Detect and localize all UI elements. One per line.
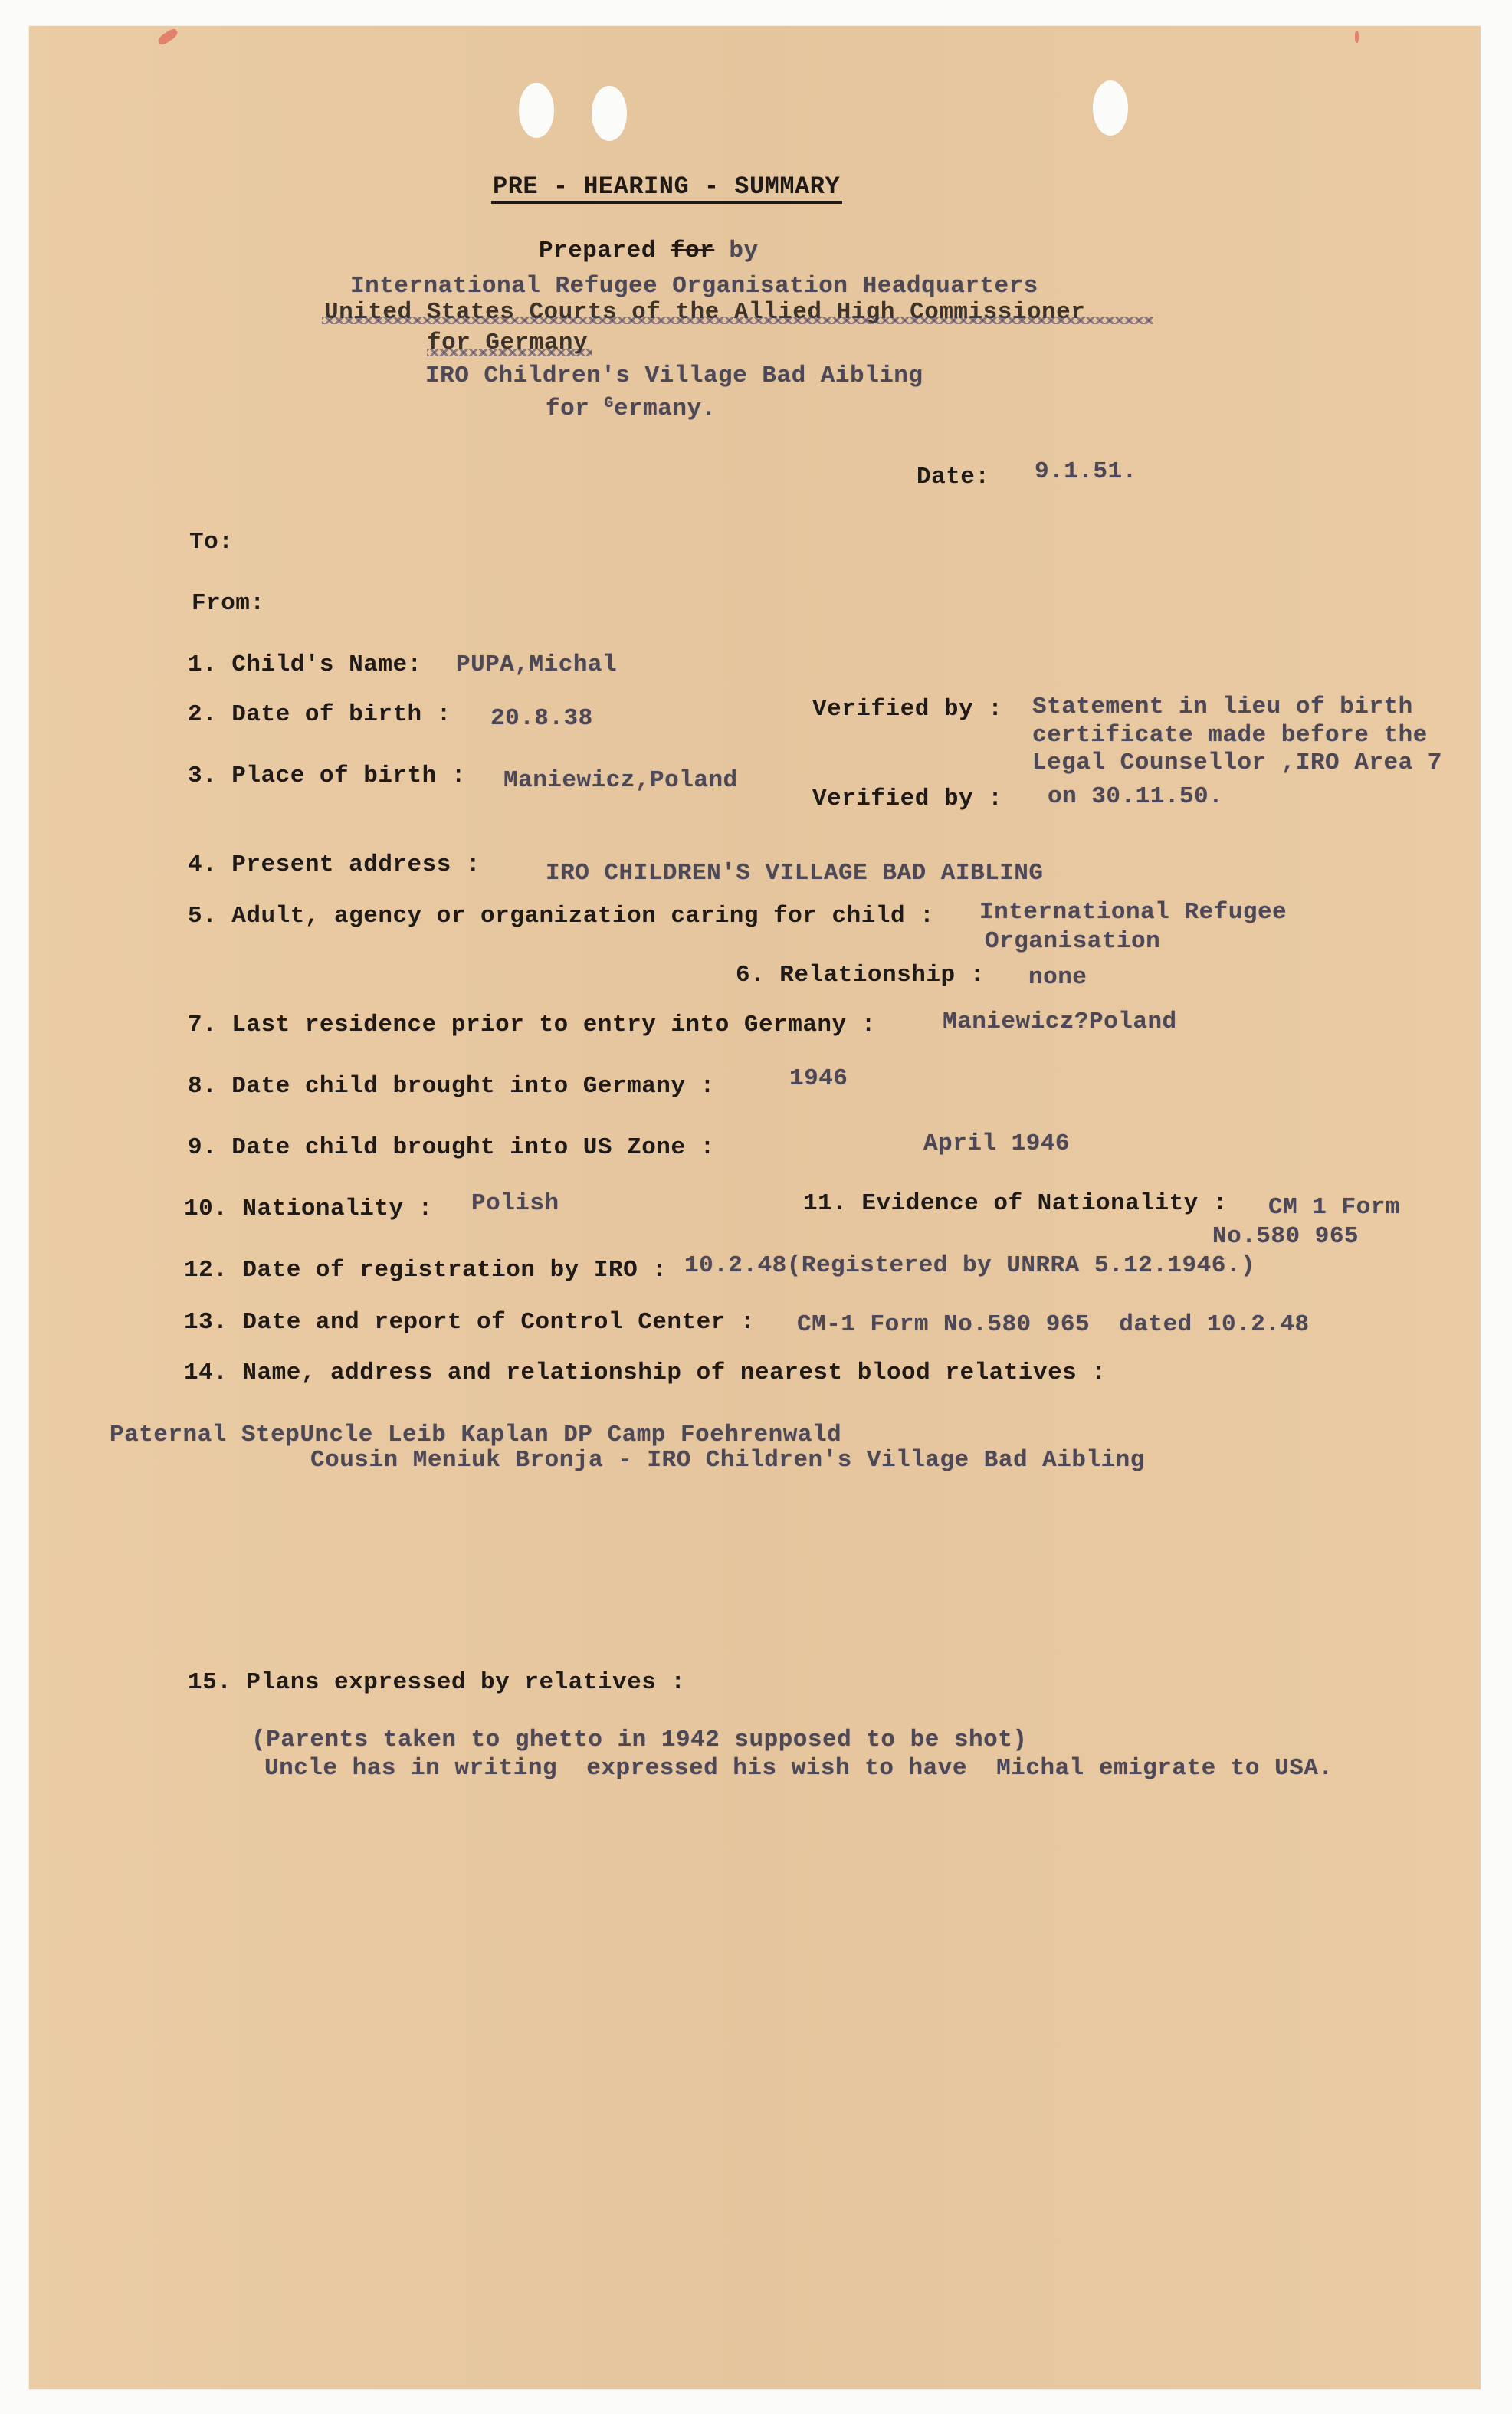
item-7-label: 7. Last residence prior to entry into Ge… xyxy=(188,1013,876,1037)
verification-line: certificate made before the xyxy=(1032,723,1428,747)
item-6-label: 6. Relationship : xyxy=(736,963,985,987)
item-12-label: 12. Date of registration by IRO : xyxy=(184,1258,667,1282)
verification-line: Statement in lieu of birth xyxy=(1032,695,1413,719)
date-into-germany-value: 1946 xyxy=(789,1067,848,1091)
org-line: International Refugee Organisation Headq… xyxy=(350,274,1038,298)
document-title: PRE - HEARING - SUMMARY xyxy=(493,175,840,199)
for-germany-line: for Germany. xyxy=(546,396,717,421)
date-value: 9.1.51. xyxy=(1035,460,1137,484)
item-3-label: 3. Place of birth : xyxy=(188,764,466,788)
prepared-by-line: Prepared for by xyxy=(539,239,759,263)
punch-hole xyxy=(592,86,627,141)
child-name-value: PUPA,Michal xyxy=(456,653,617,677)
nationality-evidence-value: CM 1 Form xyxy=(1268,1196,1400,1219)
date-into-us-zone-value: April 1946 xyxy=(923,1132,1070,1156)
from-label: From: xyxy=(192,592,265,615)
caring-org-value: Organisation xyxy=(985,930,1160,953)
place-of-birth-value: Maniewicz,Poland xyxy=(503,769,738,792)
plans-line: Uncle has in writing expressed his wish … xyxy=(264,1756,1333,1780)
nationality-value: Polish xyxy=(471,1192,559,1215)
registration-date-value: 10.2.48(Registered by UNRRA 5.12.1946.) xyxy=(684,1254,1255,1278)
prepared-for-struck: for xyxy=(671,238,714,264)
verification-line: Legal Counsellor ,IRO Area 7 xyxy=(1032,751,1442,775)
relationship-value: none xyxy=(1028,966,1087,989)
item-14-label: 14. Name, address and relationship of ne… xyxy=(184,1361,1107,1385)
punch-hole xyxy=(519,83,554,138)
nationality-evidence-value: No.580 965 xyxy=(1212,1225,1359,1248)
plans-line: (Parents taken to ghetto in 1942 suppose… xyxy=(251,1728,1027,1752)
item-11-label: 11. Evidence of Nationality : xyxy=(803,1192,1228,1215)
verified-by-label-2: Verified by : xyxy=(812,787,1002,811)
item-1-label: 1. Child's Name: xyxy=(188,653,422,677)
item-9-label: 9. Date child brought into US Zone : xyxy=(188,1136,715,1159)
title-underline xyxy=(491,201,842,204)
item-5-label: 5. Adult, agency or organization caring … xyxy=(188,904,934,928)
relative-line: Paternal StepUncle Leib Kaplan DP Camp F… xyxy=(110,1423,841,1447)
red-mark xyxy=(1355,31,1359,43)
punch-hole xyxy=(1093,80,1128,136)
item-4-label: 4. Present address : xyxy=(188,853,480,877)
date-label: Date: xyxy=(917,465,990,489)
item-8-label: 8. Date child brought into Germany : xyxy=(188,1074,715,1098)
present-address-value: IRO CHILDREN'S VILLAGE BAD AIBLING xyxy=(546,861,1044,885)
verification-line: on 30.11.50. xyxy=(1048,785,1223,808)
item-10-label: 10. Nationality : xyxy=(184,1197,433,1221)
village-line: IRO Children's Village Bad Aibling xyxy=(425,364,923,388)
strikeout-x xyxy=(427,349,592,356)
control-center-value: CM-1 Form No.580 965 dated 10.2.48 xyxy=(797,1313,1310,1337)
item-2-label: 2. Date of birth : xyxy=(188,703,451,726)
item-15-label: 15. Plans expressed by relatives : xyxy=(188,1671,686,1694)
strikeout-x xyxy=(322,317,1153,324)
verified-by-label-1: Verified by : xyxy=(812,697,1002,721)
caring-org-value: International Refugee xyxy=(979,900,1287,924)
to-label: To: xyxy=(189,530,233,554)
last-residence-value: Maniewicz?Poland xyxy=(943,1010,1177,1034)
relative-line: Cousin Meniuk Bronja - IRO Children's Vi… xyxy=(310,1448,1145,1472)
date-of-birth-value: 20.8.38 xyxy=(490,707,593,730)
item-13-label: 13. Date and report of Control Center : xyxy=(184,1310,755,1334)
